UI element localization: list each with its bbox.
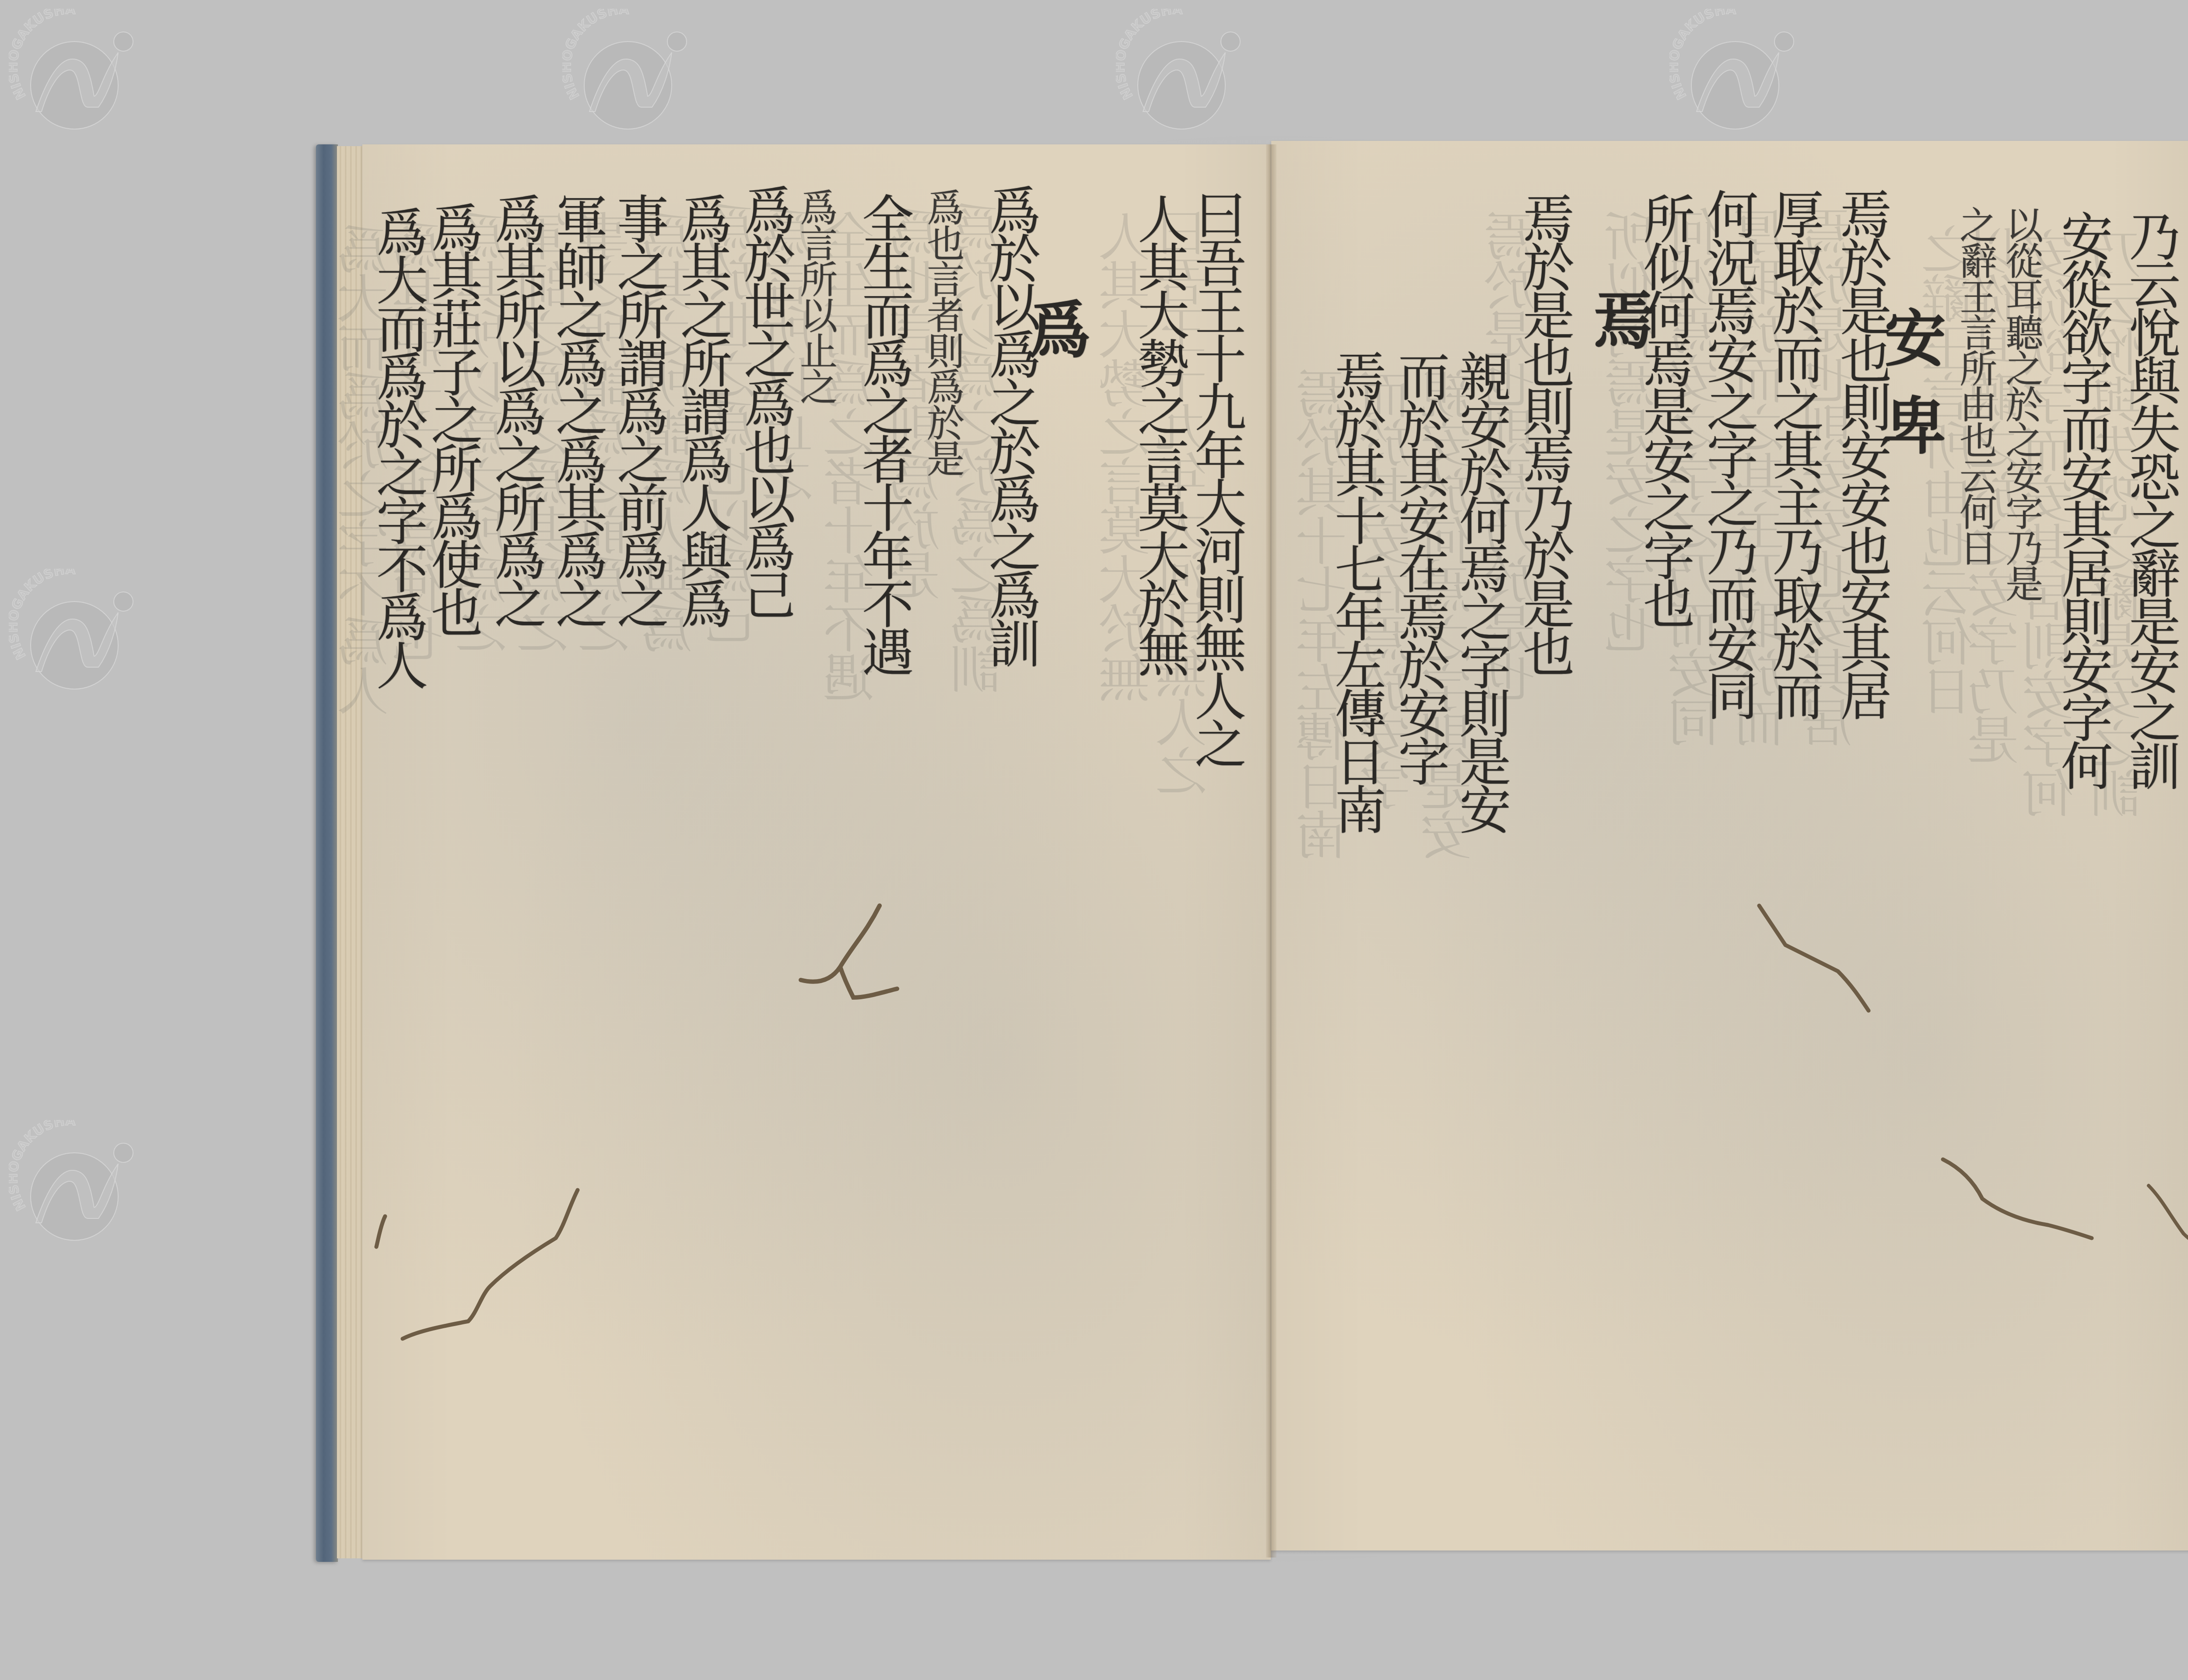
right-text-column: 焉於是也則焉乃於是也 (1518, 192, 1570, 674)
left-text-column: 爲於以爲之於爲之爲訓 (985, 184, 1036, 665)
left-section-heading: 爲 (1024, 297, 1085, 385)
left-text-column: 爲於世之爲也以爲己 (740, 184, 791, 617)
right-text-column: 焉於其十七年左傳日南 (1330, 350, 1382, 831)
book-cover-spine (316, 144, 338, 1562)
left-text-column: 曰吾王十九年大河則無人之 (1190, 188, 1242, 766)
left-text-column: 人其大勢之言莫大於無 (1133, 192, 1185, 674)
open-book: 乃云悅與失恐之辭是安之訓安從欲字而安其居則安字何以從耳聽之於之安字乃是之辭王言所… (0, 0, 2188, 1680)
left-text-column: 爲其之所謂爲人與爲 (676, 192, 728, 626)
left-text-column: 爲大而爲於之字不爲人 (372, 206, 424, 687)
book-gutter (1266, 144, 1276, 1557)
left-text-column: 爲言所以止之 (796, 188, 834, 403)
left-text-column: 爲其所以爲之所爲之 (490, 192, 542, 626)
left-text-column: 爲其莊子之所爲使也 (427, 201, 478, 634)
left-text-column: 事之所謂爲之前爲之 (613, 192, 664, 626)
left-text-column: 爲也言者則爲於是 (923, 188, 961, 475)
left-text-column: 軍師之爲之爲其爲之 (551, 192, 603, 626)
right-text-column: 厚取於而之其主乃取於而 (1768, 188, 1820, 717)
right-section-heading: 安卑 (1879, 306, 1941, 481)
right-text-column: 所似何焉是安之字也 (1639, 192, 1690, 626)
left-text-column: 全生而爲之者十年不遇 (858, 192, 909, 674)
right-section-heading: 焉 (1588, 289, 1650, 376)
right-text-column: 以從耳聽之於之安字乃是 (2002, 206, 2040, 600)
right-text-column: 親安於何焉之字則是安 (1455, 350, 1507, 831)
right-text-column: 安從欲字而安其居則安字何 (2057, 210, 2108, 787)
right-text-column: 何況焉安之字之乃而安同 (1702, 188, 1754, 717)
right-text-column: 之辭王言所由也云何日 (1956, 206, 1994, 564)
right-text-column: 乃云悅與失恐之辭是安之訓 (2125, 210, 2176, 787)
right-text-column: 而於其安在焉於安字 (1394, 350, 1445, 783)
